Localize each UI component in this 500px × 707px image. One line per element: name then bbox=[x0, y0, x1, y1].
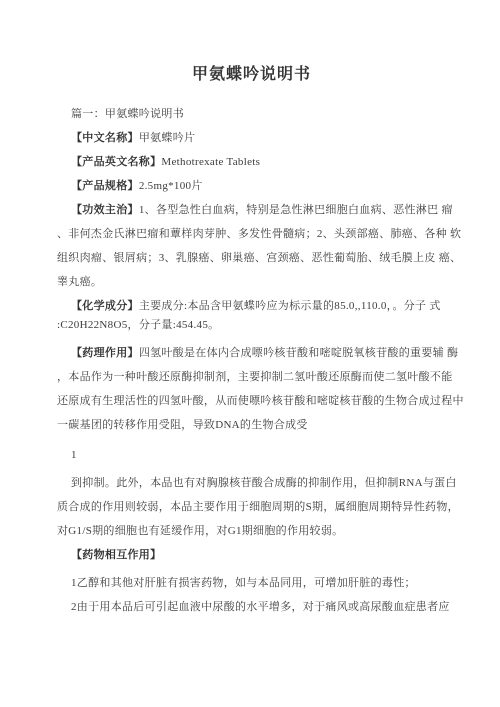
field-text: 主要成分:本品含甲氨蝶吟应为标示量的85.0,,110.0，。分子 式 bbox=[139, 300, 441, 312]
line-text: 、非何杰金氏淋巴瘤和蕈样肉芽肿、多发性骨髓病；2、头颈部癌、肺癌、各种 软 bbox=[57, 228, 461, 240]
text-line-chemistry: 【化学成分】主要成分:本品含甲氨蝶吟应为标示量的85.0,,110.0，。分子 … bbox=[57, 298, 446, 314]
field-text: 2.5mg*100片 bbox=[139, 180, 203, 192]
field-label: 【中文名称】 bbox=[71, 132, 139, 144]
document-title: 甲氨蝶吟说明书 bbox=[57, 64, 446, 86]
field-text: Methotrexate Tablets bbox=[161, 156, 260, 168]
field-text: 四氢叶酸是在体内合成嘌吟核苷酸和嘧啶脱氧核苷酸的重要辅 酶 bbox=[139, 347, 458, 359]
field-label: 【产品规格】 bbox=[71, 180, 139, 192]
text-line-english-name: 【产品英文名称】Methotrexate Tablets bbox=[57, 154, 446, 170]
line-text: :C20H22N8O5，分子量:454.45。 bbox=[57, 319, 219, 331]
line-text: 到抑制。此外，本品也有对胸腺核苷酸合成酶的抑制作用，但抑制RNA与蛋白 bbox=[71, 477, 457, 489]
text-line: 组织肉瘤、银屑病；3、乳腺癌、卵巢癌、宫颈癌、恶性葡萄胎、绒毛膜上皮 癌、 bbox=[57, 250, 446, 266]
line-text: ，本品作为一种叶酸还原酶抑制剂，主要抑制二氢叶酸还原酶而使二氢叶酸不能 bbox=[57, 371, 453, 383]
text-line-interaction-2: 2由于用本品后可引起血液中尿酸的水平增多，对于痛风或高尿酸血症患者应 bbox=[57, 599, 446, 615]
page-number: 1 bbox=[71, 449, 77, 461]
text-line: 质合成的作用则较弱，本品主要作用于细胞周期的S期，属细胞周期特异性药物， bbox=[57, 499, 446, 515]
text-line: 睾丸癌。 bbox=[57, 274, 446, 290]
field-text: 1、各型急性白血病，特别是急性淋巴细胞白血病、恶性淋巴 瘤 bbox=[139, 204, 453, 216]
field-label: 【化学成分】 bbox=[71, 300, 139, 312]
page-number-line: 1 bbox=[57, 447, 446, 463]
text-line-indications: 【功效主治】1、各型急性白血病，特别是急性淋巴细胞白血病、恶性淋巴 瘤 bbox=[57, 202, 446, 218]
text-line-interactions-heading: 【药物相互作用】 bbox=[57, 547, 446, 563]
line-text: 质合成的作用则较弱，本品主要作用于细胞周期的S期，属细胞周期特异性药物， bbox=[57, 501, 459, 513]
field-text: 甲氨蝶吟片 bbox=[139, 132, 196, 144]
field-label: 【药物相互作用】 bbox=[71, 549, 161, 561]
text-line-spec: 【产品规格】2.5mg*100片 bbox=[57, 178, 446, 194]
text-line-pharmacology: 【药理作用】四氢叶酸是在体内合成嘌吟核苷酸和嘧啶脱氧核苷酸的重要辅 酶 bbox=[57, 345, 446, 361]
text-line: 对G1/S期的细胞也有延缓作用，对G1期细胞的作用较弱。 bbox=[57, 523, 446, 539]
document-page: 甲氨蝶吟说明书 篇一：甲氨蝶吟说明书 【中文名称】甲氨蝶吟片 【产品英文名称】M… bbox=[0, 0, 500, 707]
line-text: 还原成有生理活性的四氢叶酸，从而使嘌吟核苷酸和嘧啶核苷酸的生物合成过程中 bbox=[57, 395, 464, 407]
field-label: 【产品英文名称】 bbox=[71, 156, 161, 168]
line-text: 2由于用本品后可引起血液中尿酸的水平增多，对于痛风或高尿酸血症患者应 bbox=[71, 601, 450, 613]
text-line: 、非何杰金氏淋巴瘤和蕈样肉芽肿、多发性骨髓病；2、头颈部癌、肺癌、各种 软 bbox=[57, 226, 446, 242]
line-text: 一碳基团的转移作用受阻，导致DNA的生物合成受 bbox=[57, 419, 308, 431]
text-line-chapter: 篇一：甲氨蝶吟说明书 bbox=[57, 106, 446, 122]
line-text: 对G1/S期的细胞也有延缓作用，对G1期细胞的作用较弱。 bbox=[57, 525, 343, 537]
line-text: 篇一：甲氨蝶吟说明书 bbox=[71, 108, 184, 120]
field-label: 【药理作用】 bbox=[71, 347, 139, 359]
text-line-chinese-name: 【中文名称】甲氨蝶吟片 bbox=[57, 130, 446, 146]
text-line: 到抑制。此外，本品也有对胸腺核苷酸合成酶的抑制作用，但抑制RNA与蛋白 bbox=[57, 475, 446, 491]
text-line: 还原成有生理活性的四氢叶酸，从而使嘌吟核苷酸和嘧啶核苷酸的生物合成过程中 bbox=[57, 393, 446, 409]
field-label: 【功效主治】 bbox=[71, 204, 139, 216]
line-text: 睾丸癌。 bbox=[57, 276, 102, 288]
text-line: 一碳基团的转移作用受阻，导致DNA的生物合成受 bbox=[57, 417, 446, 433]
text-line: ，本品作为一种叶酸还原酶抑制剂，主要抑制二氢叶酸还原酶而使二氢叶酸不能 bbox=[57, 369, 446, 385]
text-line-interaction-1: 1乙醇和其他对肝脏有损害药物，如与本品同用，可增加肝脏的毒性； bbox=[57, 575, 446, 591]
line-text: 1乙醇和其他对肝脏有损害药物，如与本品同用，可增加肝脏的毒性； bbox=[71, 577, 416, 589]
document-body: 篇一：甲氨蝶吟说明书 【中文名称】甲氨蝶吟片 【产品英文名称】Methotrex… bbox=[57, 106, 446, 615]
text-line-formula: :C20H22N8O5，分子量:454.45。 bbox=[57, 317, 446, 333]
line-text: 组织肉瘤、银屑病；3、乳腺癌、卵巢癌、宫颈癌、恶性葡萄胎、绒毛膜上皮 癌、 bbox=[57, 252, 461, 264]
